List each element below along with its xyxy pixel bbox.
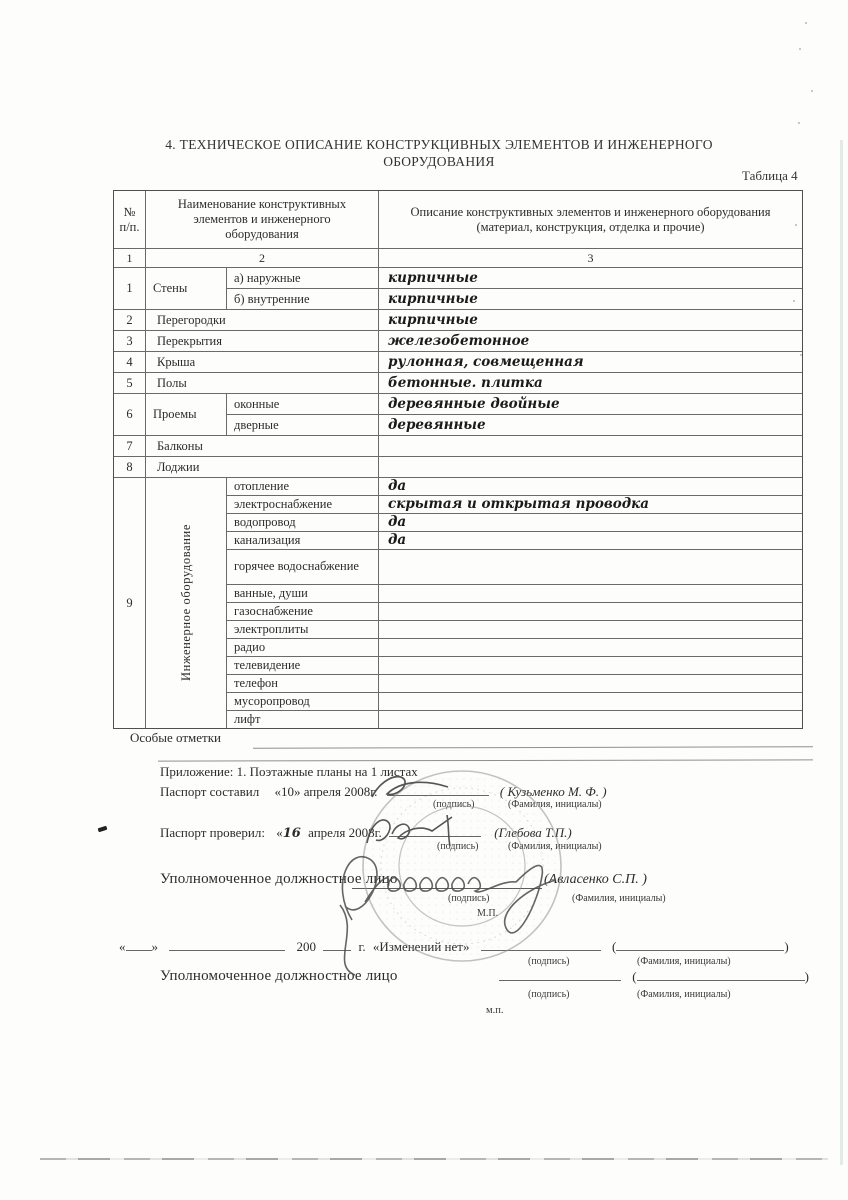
row-name-text: Перекрытия <box>157 334 222 349</box>
table-sub-row: ванные, души <box>227 584 802 602</box>
row-number: 5 <box>114 373 146 393</box>
row-name: Крыша <box>146 352 379 372</box>
row-item-label: водопровод <box>227 514 379 531</box>
month-blank <box>169 938 285 951</box>
technical-description-table: № п/п. Наименование конструктивных элеме… <box>113 190 803 729</box>
row-item-label-text: телефон <box>234 676 278 692</box>
row-item-label-text: канализация <box>234 533 300 549</box>
row-value <box>379 711 802 728</box>
row-value <box>379 675 802 692</box>
row-value: деревянные двойные <box>379 394 802 414</box>
changes-paren-close: ) <box>784 939 788 954</box>
table-row: 7Балконы <box>114 435 802 456</box>
row-item-label-text: оконные <box>234 397 279 412</box>
checked-signature-line <box>389 824 481 837</box>
page-title: 4. ТЕХНИЧЕСКОЕ ОПИСАНИЕ КОНСТРУКЦИВНЫХ Э… <box>70 136 808 170</box>
scan-speck <box>805 22 807 24</box>
compiled-signature-line <box>387 783 489 796</box>
row-value <box>379 621 802 638</box>
row-value <box>379 550 802 584</box>
scan-speck <box>811 90 813 92</box>
row-item-label: горячее водоснабжение <box>227 550 379 584</box>
row-item-label-text: телевидение <box>234 658 300 674</box>
row-item-label: б) внутренние <box>227 289 379 309</box>
row-number: 6 <box>114 394 146 435</box>
changes-signature-blank <box>481 938 601 951</box>
authorized2-signature-blank <box>499 968 621 981</box>
changes-name-blank <box>616 938 784 951</box>
authorized2-name-blank <box>637 968 805 981</box>
scan-speck <box>793 300 795 302</box>
row-value: рулонная, совмещенная <box>379 352 802 372</box>
row-value: деревянные <box>379 415 802 435</box>
scan-speck <box>795 224 797 226</box>
column-number-2: 2 <box>146 249 379 267</box>
row-number-text: 3 <box>126 334 132 349</box>
table-sub-row: оконныедеревянные двойные <box>227 394 802 414</box>
table-row: 4Крышарулонная, совмещенная <box>114 351 802 372</box>
authorized-signature-line <box>352 888 542 889</box>
row-group-label: Проемы <box>146 394 227 435</box>
row-value: да <box>379 532 802 549</box>
scan-speck <box>798 122 800 124</box>
checked-name-caption: (Фамилия, инициалы) <box>508 841 602 852</box>
authorized2-blanks: () <box>499 968 809 985</box>
changes-name-caption: (Фамилия, инициалы) <box>637 956 731 967</box>
row-item-label: электроснабжение <box>227 496 379 513</box>
row-item-label-text: газоснабжение <box>234 604 313 620</box>
seal-place-label: М.П. <box>477 908 498 919</box>
row-value: кирпичные <box>379 268 802 288</box>
row-name: Балконы <box>146 436 379 456</box>
row-number: 3 <box>114 331 146 351</box>
row-item-label-text: ванные, души <box>234 586 308 602</box>
row-item-label-text: отопление <box>234 479 289 495</box>
row-item-label: канализация <box>227 532 379 549</box>
table-row: 1Стеныа) наружныекирпичныеб) внутренниек… <box>114 267 802 309</box>
header-description-line2: (материал, конструкция, отделка и прочие… <box>476 220 704 235</box>
row-item-label: газоснабжение <box>227 603 379 620</box>
header-description-line1: Описание конструктивных элементов и инже… <box>411 205 771 220</box>
authorized-sign-caption: (подпись) <box>448 893 490 904</box>
table-sub-row: горячее водоснабжение <box>227 549 802 584</box>
checked-name: (Глебова Т.П.) <box>494 825 571 840</box>
attachment-line: Приложение: 1. Поэтажные планы на 1 лист… <box>160 764 418 780</box>
compiled-sign-caption: (подпись) <box>433 799 475 810</box>
row-item-label-text: водопровод <box>234 515 296 531</box>
row-name: Перекрытия <box>146 331 379 351</box>
table-row: 2Перегородкикирпичные <box>114 309 802 330</box>
authorized-name-caption: (Фамилия, инициалы) <box>572 893 666 904</box>
compiled-label: Паспорт составил <box>160 784 259 799</box>
compiled-date: «10» апреля 2008г. <box>274 784 377 799</box>
table-header-row: № п/п. Наименование конструктивных элеме… <box>114 191 802 248</box>
row-item-label-text: лифт <box>234 712 261 728</box>
table-row: 5Полыбетонные. плитка <box>114 372 802 393</box>
row-item-label: а) наружные <box>227 268 379 288</box>
header-description: Описание конструктивных элементов и инже… <box>379 191 802 248</box>
row-value-text: да <box>388 514 406 530</box>
row-item-label: электроплиты <box>227 621 379 638</box>
table-body: 1Стеныа) наружныекирпичныеб) внутренниек… <box>114 267 802 728</box>
row-value-text: кирпичные <box>388 291 478 307</box>
authorized2-label: Уполномоченное должностное лицо <box>160 968 398 985</box>
row-item-label: дверные <box>227 415 379 435</box>
century-text: 200 <box>297 939 317 954</box>
row-name: Лоджии <box>146 457 379 477</box>
page-edge-shadow <box>840 140 843 1165</box>
row-name-text: Лоджии <box>157 460 199 475</box>
table-row: 3Перекрытияжелезобетонное <box>114 330 802 351</box>
row-item-label: оконные <box>227 394 379 414</box>
table-row: 6Проемыоконныедеревянные двойныедверныед… <box>114 393 802 435</box>
page-title-line1: 4. ТЕХНИЧЕСКОЕ ОПИСАНИЕ КОНСТРУКЦИВНЫХ Э… <box>70 136 808 153</box>
row-value: скрытая и открытая проводка <box>379 496 802 513</box>
seal-place-label-2: м.п. <box>486 1005 504 1016</box>
row-value <box>379 693 802 710</box>
table-sub-row: отоплениеда <box>227 478 802 495</box>
row-name-text: Крыша <box>157 355 195 370</box>
row-value-text: деревянные <box>388 417 486 433</box>
row-value: да <box>379 514 802 531</box>
column-numbering-row: 1 2 3 <box>114 248 802 267</box>
table-sub-row: канализацияда <box>227 531 802 549</box>
header-name-text: Наименование конструктивных элементов и … <box>160 197 364 242</box>
compiled-name: ( Кузьменко М. Ф. ) <box>500 784 607 799</box>
row-value-text: деревянные двойные <box>388 396 560 412</box>
table-sub-row: б) внутренниекирпичные <box>227 288 802 309</box>
passport-compiled-line: Паспорт составил «10» апреля 2008г. ( Ку… <box>160 783 607 800</box>
row-item-label: отопление <box>227 478 379 495</box>
row-item-label-text: а) наружные <box>234 271 301 286</box>
table-sub-row: а) наружныекирпичные <box>227 268 802 288</box>
row-number: 7 <box>114 436 146 456</box>
row-item-label: лифт <box>227 711 379 728</box>
authorized2-sign-caption: (подпись) <box>528 989 570 1000</box>
table-caption: Таблица 4 <box>742 168 798 184</box>
page-title-line2: ОБОРУДОВАНИЯ <box>70 153 808 170</box>
row-item-label-text: радио <box>234 640 265 656</box>
column-number-3: 3 <box>379 249 802 267</box>
row-number-text: 7 <box>126 439 132 454</box>
row-name: Перегородки <box>146 310 379 330</box>
row-number-text: 8 <box>126 460 132 475</box>
row-value-text: да <box>388 532 406 548</box>
row-number: 9 <box>114 478 146 728</box>
row-group-label: Инженерное оборудование <box>146 478 227 728</box>
special-marks-blank-line-2 <box>158 759 813 761</box>
row-value <box>379 585 802 602</box>
header-no-line1: № <box>124 205 136 220</box>
row-group-label-text: Стены <box>153 281 187 296</box>
authorized-name: (Авласенко С.П. ) <box>544 872 647 888</box>
table-sub-row: газоснабжение <box>227 602 802 620</box>
row-value <box>379 436 802 456</box>
row-value: да <box>379 478 802 495</box>
row-group-label: Стены <box>146 268 227 309</box>
row-item-label-text: дверные <box>234 418 279 433</box>
row-value-text: кирпичные <box>388 270 478 286</box>
scan-speck <box>799 48 801 50</box>
row-item-label-text: электроснабжение <box>234 497 332 513</box>
sub-rows: а) наружныекирпичныеб) внутренниекирпичн… <box>227 268 802 309</box>
day-quote-close: » <box>152 939 159 954</box>
special-marks-blank-line-1 <box>253 746 813 748</box>
table-sub-row: телефон <box>227 674 802 692</box>
row-value <box>379 639 802 656</box>
authorized2-paren-close: ) <box>805 969 809 984</box>
authorized-official-label: Уполномоченное должностное лицо <box>160 871 398 888</box>
no-changes-line: «» 200 г. «Изменений нет» () <box>119 938 789 955</box>
row-group-label-text: Проемы <box>153 407 197 422</box>
row-item-label-text: горячее водоснабжение <box>234 559 359 575</box>
row-item-label: ванные, души <box>227 585 379 602</box>
row-item-label: телевидение <box>227 657 379 674</box>
row-item-label: телефон <box>227 675 379 692</box>
row-name: Полы <box>146 373 379 393</box>
row-value-text: скрытая и открытая проводка <box>388 496 649 512</box>
row-number-text: 4 <box>126 355 132 370</box>
row-value <box>379 457 802 477</box>
row-number-text: 5 <box>126 376 132 391</box>
row-name-text: Полы <box>157 376 187 391</box>
no-changes-text: «Изменений нет» <box>373 939 470 954</box>
row-name-text: Балконы <box>157 439 203 454</box>
header-no: № п/п. <box>114 191 146 248</box>
row-number-text: 1 <box>126 281 132 296</box>
table-sub-row: водопроводда <box>227 513 802 531</box>
table-sub-row: электроснабжениескрытая и открытая прово… <box>227 495 802 513</box>
row-value-text: бетонные. плитка <box>388 375 543 391</box>
header-no-line2: п/п. <box>120 220 140 235</box>
special-marks-label: Особые отметки <box>130 730 221 746</box>
scanned-document-page: 4. ТЕХНИЧЕСКОЕ ОПИСАНИЕ КОНСТРУКЦИВНЫХ Э… <box>0 0 848 1200</box>
row-item-label: мусоропровод <box>227 693 379 710</box>
checked-date-rest: апреля 2008г. <box>308 825 382 840</box>
row-name-text: Перегородки <box>157 313 226 328</box>
table-sub-row: электроплиты <box>227 620 802 638</box>
column-number-1: 1 <box>114 249 146 267</box>
table-sub-row: радио <box>227 638 802 656</box>
sub-rows: отоплениедаэлектроснабжениескрытая и отк… <box>227 478 802 728</box>
row-item-label-text: мусоропровод <box>234 694 310 710</box>
header-name: Наименование конструктивных элементов и … <box>146 191 379 248</box>
row-value: кирпичные <box>379 310 802 330</box>
scan-speck <box>800 354 802 356</box>
row-number-text: 2 <box>126 313 132 328</box>
row-item-label-text: электроплиты <box>234 622 308 638</box>
row-value-text: да <box>388 478 406 494</box>
row-number-text: 6 <box>126 407 132 422</box>
scan-edge-line <box>40 1158 828 1160</box>
day-blank <box>126 938 152 951</box>
year-suffix: г. <box>359 939 366 954</box>
row-number-text: 9 <box>126 596 132 611</box>
row-value-text: железобетонное <box>388 333 529 349</box>
row-number: 2 <box>114 310 146 330</box>
authorized2-name-caption: (Фамилия, инициалы) <box>637 989 731 1000</box>
row-value: кирпичные <box>379 289 802 309</box>
compiled-name-caption: (Фамилия, инициалы) <box>508 799 602 810</box>
row-value-text: рулонная, совмещенная <box>388 354 584 370</box>
changes-sign-caption: (подпись) <box>528 956 570 967</box>
row-value-text: кирпичные <box>388 312 478 328</box>
year-blank <box>323 938 351 951</box>
table-row: 9Инженерное оборудованиеотоплениедаэлект… <box>114 477 802 728</box>
row-item-label-text: б) внутренние <box>234 292 310 307</box>
row-number: 1 <box>114 268 146 309</box>
row-number: 4 <box>114 352 146 372</box>
row-value: бетонные. плитка <box>379 373 802 393</box>
row-value: железобетонное <box>379 331 802 351</box>
row-number: 8 <box>114 457 146 477</box>
checked-date-day: 16 <box>283 826 301 841</box>
row-value <box>379 657 802 674</box>
row-value <box>379 603 802 620</box>
checked-label: Паспорт проверил: <box>160 825 265 840</box>
row-item-label: радио <box>227 639 379 656</box>
table-sub-row: телевидение <box>227 656 802 674</box>
sub-rows: оконныедеревянные двойныедверныедеревянн… <box>227 394 802 435</box>
row-group-label-text: Инженерное оборудование <box>179 524 194 681</box>
pen-mark-artifact <box>98 826 108 833</box>
table-sub-row: мусоропровод <box>227 692 802 710</box>
table-sub-row: лифт <box>227 710 802 728</box>
table-row: 8Лоджии <box>114 456 802 477</box>
checked-sign-caption: (подпись) <box>437 841 479 852</box>
table-sub-row: дверныедеревянные <box>227 414 802 435</box>
passport-checked-line: Паспорт проверил: «16 апреля 2008г. (Гле… <box>160 824 572 841</box>
